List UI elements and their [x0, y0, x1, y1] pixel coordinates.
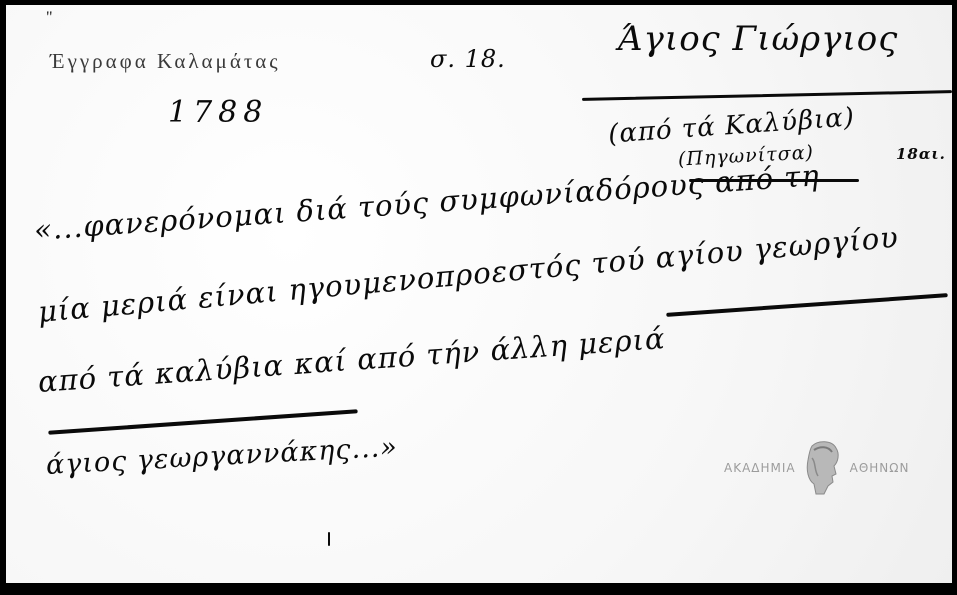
ditto-mark: ": [46, 9, 56, 27]
body-underline-2: [48, 409, 358, 435]
typed-source-title: Έγγραφα Καλαμάτας: [50, 49, 281, 74]
body-line-4: άγιος γεωργαννάκης...»: [45, 432, 398, 481]
stray-mark: [328, 532, 330, 546]
body-line-3: από τά καλύβια καί από τήν άλλη μεριά: [37, 321, 667, 399]
stamp-left-text: ΑΚΑΔΗΜΙΑ: [724, 461, 796, 475]
page-reference: σ. 18.: [430, 45, 506, 73]
place-title: Άγιος Γιώργιος: [618, 19, 898, 59]
stamp-right-text: ΑΘΗΝΩΝ: [850, 461, 910, 475]
year: 1788: [168, 95, 268, 130]
athena-head-icon: [804, 440, 842, 496]
title-underline: [582, 90, 952, 101]
century-note: 18αι.: [896, 145, 946, 163]
academy-stamp: ΑΚΑΔΗΜΙΑ ΑΘΗΝΩΝ: [724, 433, 952, 503]
place-subtitle-1: (από τά Καλύβια): [607, 102, 856, 149]
index-card: " Έγγραφα Καλαμάτας σ. 18. 1788 Άγιος Γι…: [6, 5, 952, 583]
body-line-1: «...φανερόνομαι διά τούς συμφωνίαδόρους …: [33, 158, 821, 247]
body-underline-1: [666, 293, 948, 317]
